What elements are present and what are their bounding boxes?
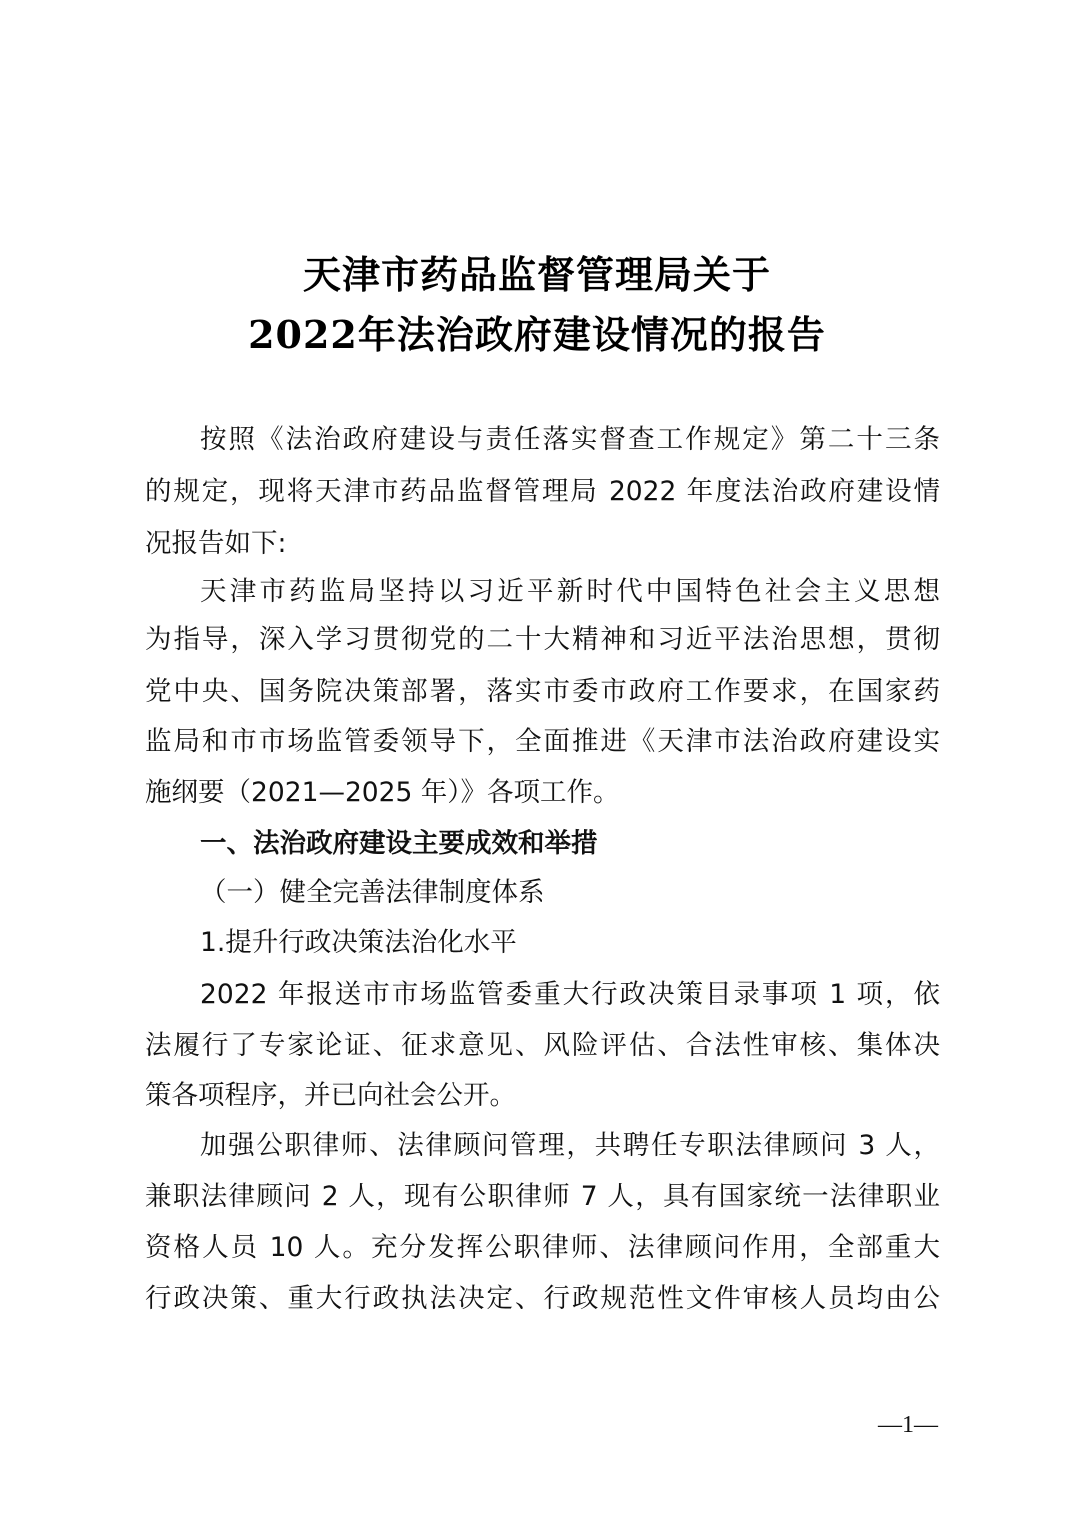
paragraph-line: 施纲要（2021—2025 年）》各项工作。 <box>145 777 940 809</box>
paragraph-line: 的规定，现将天津市药品监督管理局 2022 年度法治政府建设情 <box>145 476 940 508</box>
paragraph-line: 加强公职律师、法律顾问管理，共聘任专职法律顾问 3 人， <box>200 1130 940 1162</box>
paragraph-line: 监局和市市场监管委领导下，全面推进《天津市法治政府建设实 <box>145 726 940 758</box>
paragraph-line: 天津市药监局坚持以习近平新时代中国特色社会主义思想 <box>200 576 940 608</box>
paragraph-line: 党中央、国务院决策部署，落实市委市政府工作要求，在国家药 <box>145 676 940 708</box>
subsection-heading: （一）健全完善法律制度体系 <box>200 877 995 909</box>
paragraph-line: 2022 年报送市市场监管委重大行政决策目录事项 1 项，依 <box>200 979 940 1011</box>
paragraph-line: 法履行了专家论证、征求意见、风险评估、合法性审核、集体决 <box>145 1030 940 1062</box>
document-page: 天津市药品监督管理局关于 2022年法治政府建设情况的报告 按照《法治政府建设与… <box>0 0 1074 1520</box>
paragraph-line: 况报告如下: <box>145 528 940 560</box>
paragraph-line: 策各项程序，并已向社会公开。 <box>145 1080 940 1112</box>
item-heading: 1.提升行政决策法治化水平 <box>200 927 940 959</box>
paragraph-line: 按照《法治政府建设与责任落实督查工作规定》第二十三条 <box>200 424 940 456</box>
section-heading: 一、法治政府建设主要成效和举措 <box>200 828 940 860</box>
paragraph-line: 兼职法律顾问 2 人，现有公职律师 7 人，具有国家统一法律职业 <box>145 1181 940 1213</box>
document-title-line-1: 天津市药品监督管理局关于 <box>0 253 1074 297</box>
paragraph-line: 为指导，深入学习贯彻党的二十大精神和习近平法治思想，贯彻 <box>145 624 940 656</box>
document-title-line-2: 2022年法治政府建设情况的报告 <box>0 313 1074 357</box>
page-number: —1— <box>878 1410 938 1440</box>
paragraph-line: 资格人员 10 人。充分发挥公职律师、法律顾问作用，全部重大 <box>145 1232 940 1264</box>
paragraph-line: 行政决策、重大行政执法决定、行政规范性文件审核人员均由公 <box>145 1283 940 1315</box>
